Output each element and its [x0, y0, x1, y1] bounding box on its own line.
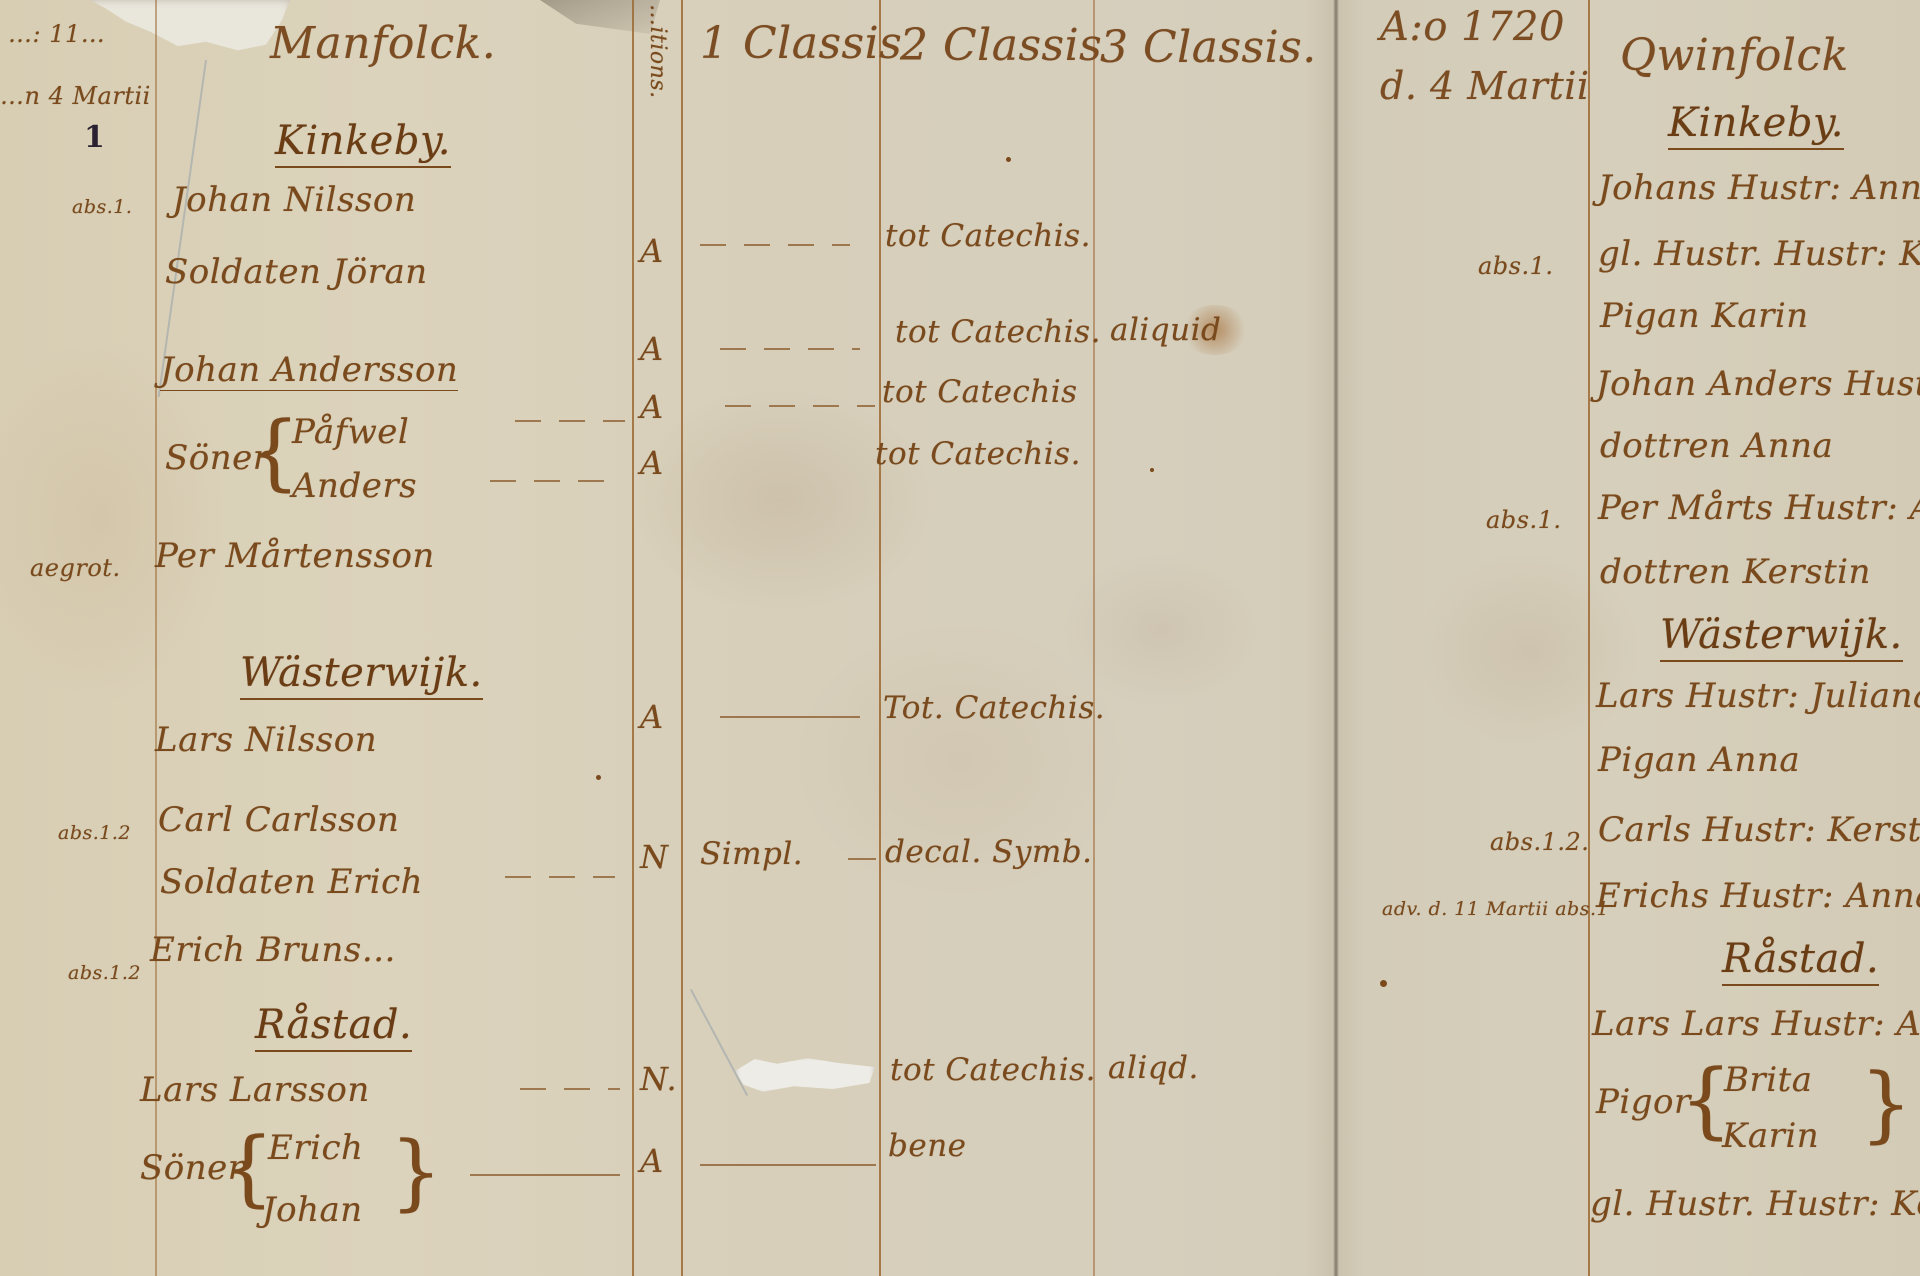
person-entry: Johans Hustr: Anna — [1598, 168, 1920, 208]
margin-note: abs.1.2 — [58, 822, 131, 844]
class1-note: Simpl. — [700, 836, 803, 872]
ruling-margin-right-page — [1588, 0, 1590, 1276]
margin-note: abs.1. — [72, 196, 132, 218]
blank-dash — [520, 1088, 620, 1090]
catechism-extra-note: aliquid — [1110, 312, 1221, 348]
person-name: Lars Larsson — [140, 1070, 370, 1110]
blank-dash — [720, 716, 860, 718]
attendance-mark: A — [640, 388, 664, 426]
ink-dot — [1150, 468, 1154, 472]
person-entry: gl. Hustr. Hustr: Kerst… — [1590, 1184, 1920, 1224]
ink-dot — [1380, 980, 1387, 987]
paper-crack — [158, 60, 207, 397]
closing-brace-icon: } — [390, 1132, 443, 1214]
date-header-line1: …: 11… — [8, 20, 105, 48]
village-heading: Wästerwijk. — [1660, 612, 1903, 662]
person-entry: Erichs Hustr: Anna — [1596, 876, 1920, 916]
person-entry: dottren Kerstin — [1600, 552, 1871, 592]
column-header-vertical: …itions. — [645, 4, 670, 99]
catechism-note: Tot. Catechis. — [883, 690, 1105, 726]
attendance-mark: A — [640, 1142, 664, 1180]
catechism-note: bene — [888, 1128, 967, 1164]
catechism-extra-note: aliqd. — [1108, 1050, 1199, 1086]
person-entry: Per Mårts Hustr: A… — [1598, 488, 1920, 528]
catechism-note: tot Catechis. — [890, 1052, 1096, 1088]
ruling-class1-right — [879, 0, 881, 1276]
village-heading: Wästerwijk. — [240, 650, 483, 700]
closing-brace-icon: } — [1860, 1064, 1913, 1146]
paper-crack — [690, 989, 748, 1096]
year-header: A:o 1720 — [1380, 4, 1565, 50]
column-header-women: Qwinfolck — [1620, 30, 1849, 81]
date-header: d. 4 Martii — [1380, 64, 1590, 108]
village-heading: Råstad. — [255, 1002, 412, 1052]
margin-note: adv. d. 11 Martii abs.1 — [1382, 898, 1609, 920]
column-header-class3: 3 Classis. — [1100, 22, 1317, 73]
person-name: Johan Nilsson — [172, 180, 416, 220]
catechism-note: tot Catechis — [882, 374, 1078, 410]
blank-dash — [515, 420, 625, 422]
attendance-mark: A — [640, 698, 664, 736]
column-header-class2: 2 Classis — [900, 20, 1102, 71]
attendance-mark: A — [640, 330, 664, 368]
person-entry: Lars Lars Hustr: An… — [1592, 1004, 1920, 1044]
attendance-mark: A — [640, 232, 664, 270]
margin-note: abs.1. — [1486, 506, 1562, 534]
person-entry: gl. Hustr. Hustr: Karin — [1598, 234, 1920, 274]
blank-dash — [470, 1174, 620, 1176]
ink-dot — [1006, 157, 1011, 162]
catechism-note: decal. Symb. — [885, 834, 1093, 870]
person-name: Johan Andersson — [160, 350, 458, 391]
village-heading: Råstad. — [1722, 936, 1879, 986]
book-gutter-fold — [1333, 0, 1339, 1276]
child-name: Johan — [262, 1190, 363, 1230]
person-name: Lars Nilsson — [155, 720, 377, 760]
catechism-note: tot Catechis. — [875, 436, 1081, 472]
attendance-mark: N. — [640, 1060, 677, 1098]
person-entry: Carls Hustr: Kerstin — [1598, 810, 1920, 850]
person-entry: Lars Hustr: Juliana — [1596, 676, 1920, 716]
margin-note: abs.1. — [1478, 252, 1554, 280]
person-entry: Johan Anders Hustr: C… — [1596, 364, 1920, 404]
ruling-mark-column-left — [632, 0, 634, 1276]
attendance-mark: N — [640, 838, 669, 876]
margin-note: abs.1.2 — [68, 962, 141, 984]
person-name: Carl Carlsson — [158, 800, 399, 840]
paper-fold-shadow — [540, 0, 660, 34]
village-heading: Kinkeby. — [1668, 100, 1844, 150]
person-name: Per Mårtensson — [155, 536, 435, 576]
person-name: Erich Bruns… — [150, 930, 396, 970]
child-name: Karin — [1722, 1116, 1819, 1156]
attendance-mark: A — [640, 444, 664, 482]
catechism-note: tot Catechis. — [885, 218, 1091, 254]
catechism-note: tot Catechis. — [895, 314, 1101, 350]
person-label-maids: Pigor — [1596, 1082, 1691, 1122]
margin-note: abs.1.2. — [1490, 828, 1589, 856]
blank-dash — [700, 244, 850, 246]
torn-paper-corner — [90, 0, 290, 72]
blank-dash — [490, 480, 610, 482]
blank-dash — [505, 876, 615, 878]
ink-dot — [596, 775, 601, 780]
blank-dash — [848, 858, 876, 860]
village-heading: Kinkeby. — [275, 118, 451, 168]
person-name: Soldaten Jöran — [165, 252, 428, 292]
ruling-mark-column-right — [681, 0, 683, 1276]
child-name: Brita — [1724, 1060, 1813, 1100]
blank-dash — [725, 405, 875, 407]
manuscript-spread: …: 11… …n 4 Martii 1 Manfolck. …itions. … — [0, 0, 1920, 1276]
person-entry: Pigan Karin — [1600, 296, 1809, 336]
blank-dash — [700, 1164, 876, 1166]
person-name: Soldaten Erich — [160, 862, 423, 902]
child-name: Anders — [292, 466, 417, 506]
paper-hole — [735, 1055, 875, 1095]
child-name: Erich — [268, 1128, 363, 1168]
column-header-men: Manfolck. — [270, 18, 496, 69]
column-header-class1: 1 Classis — [700, 18, 902, 69]
page-number-stamp: 1 — [84, 120, 105, 155]
person-entry: dottren Anna — [1600, 426, 1833, 466]
margin-note: aegrot. — [30, 554, 121, 582]
child-name: Påfwel — [292, 412, 409, 452]
date-header-line2: …n 4 Martii — [0, 82, 151, 110]
person-entry: Pigan Anna — [1598, 740, 1800, 780]
blank-dash — [720, 348, 860, 350]
